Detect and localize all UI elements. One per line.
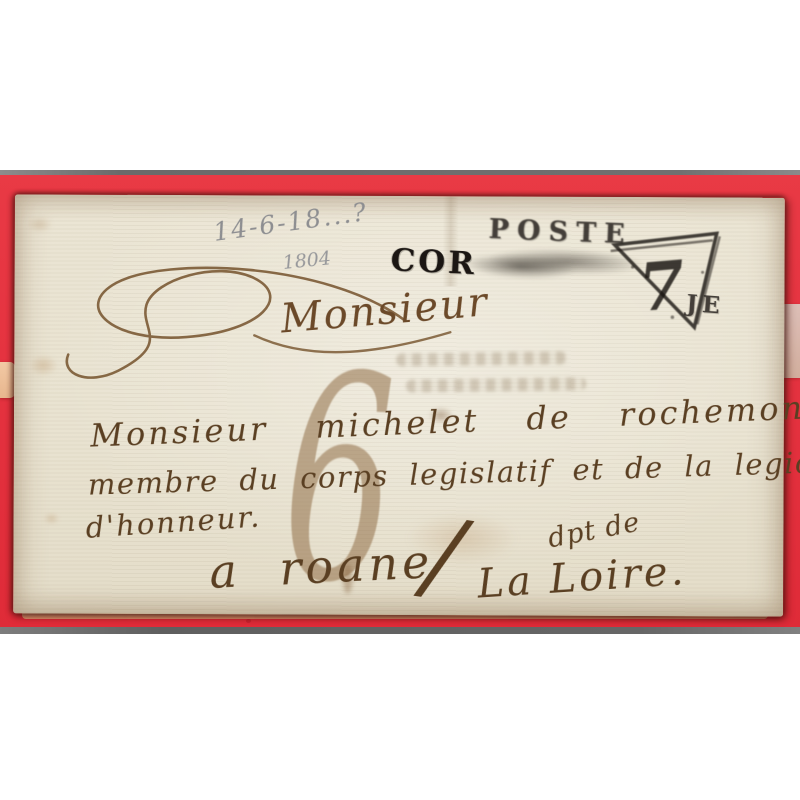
letter-sheet: 14-6-18...? 1804 POSTE COR 7 JE Monsieur… bbox=[13, 194, 785, 616]
town-script: a roane bbox=[208, 534, 434, 599]
pencil-date-annotation: 14-6-18...? bbox=[212, 197, 370, 247]
dept-prefix-script: dpt de bbox=[545, 506, 642, 554]
foxing-stain bbox=[27, 216, 53, 232]
tax-stamp-numeral: 7 bbox=[636, 245, 688, 327]
letter-photo: 14-6-18...? 1804 POSTE COR 7 JE Monsieur… bbox=[0, 170, 800, 634]
faint-ink-traces bbox=[406, 377, 586, 392]
paper-tab-left bbox=[0, 362, 15, 398]
red-speck bbox=[246, 619, 251, 623]
foxing-stain bbox=[43, 512, 59, 524]
address-line-3: d'honneur. bbox=[85, 499, 263, 544]
photo-top-edge bbox=[0, 170, 800, 175]
address-line-2: membre du corps legislatif et de la legi… bbox=[87, 445, 800, 502]
dept-name-script: La Loire. bbox=[476, 548, 688, 608]
griffe-je-text: JE bbox=[685, 290, 725, 320]
photo-bottom-edge bbox=[0, 627, 800, 634]
faint-ink-traces bbox=[396, 351, 566, 366]
